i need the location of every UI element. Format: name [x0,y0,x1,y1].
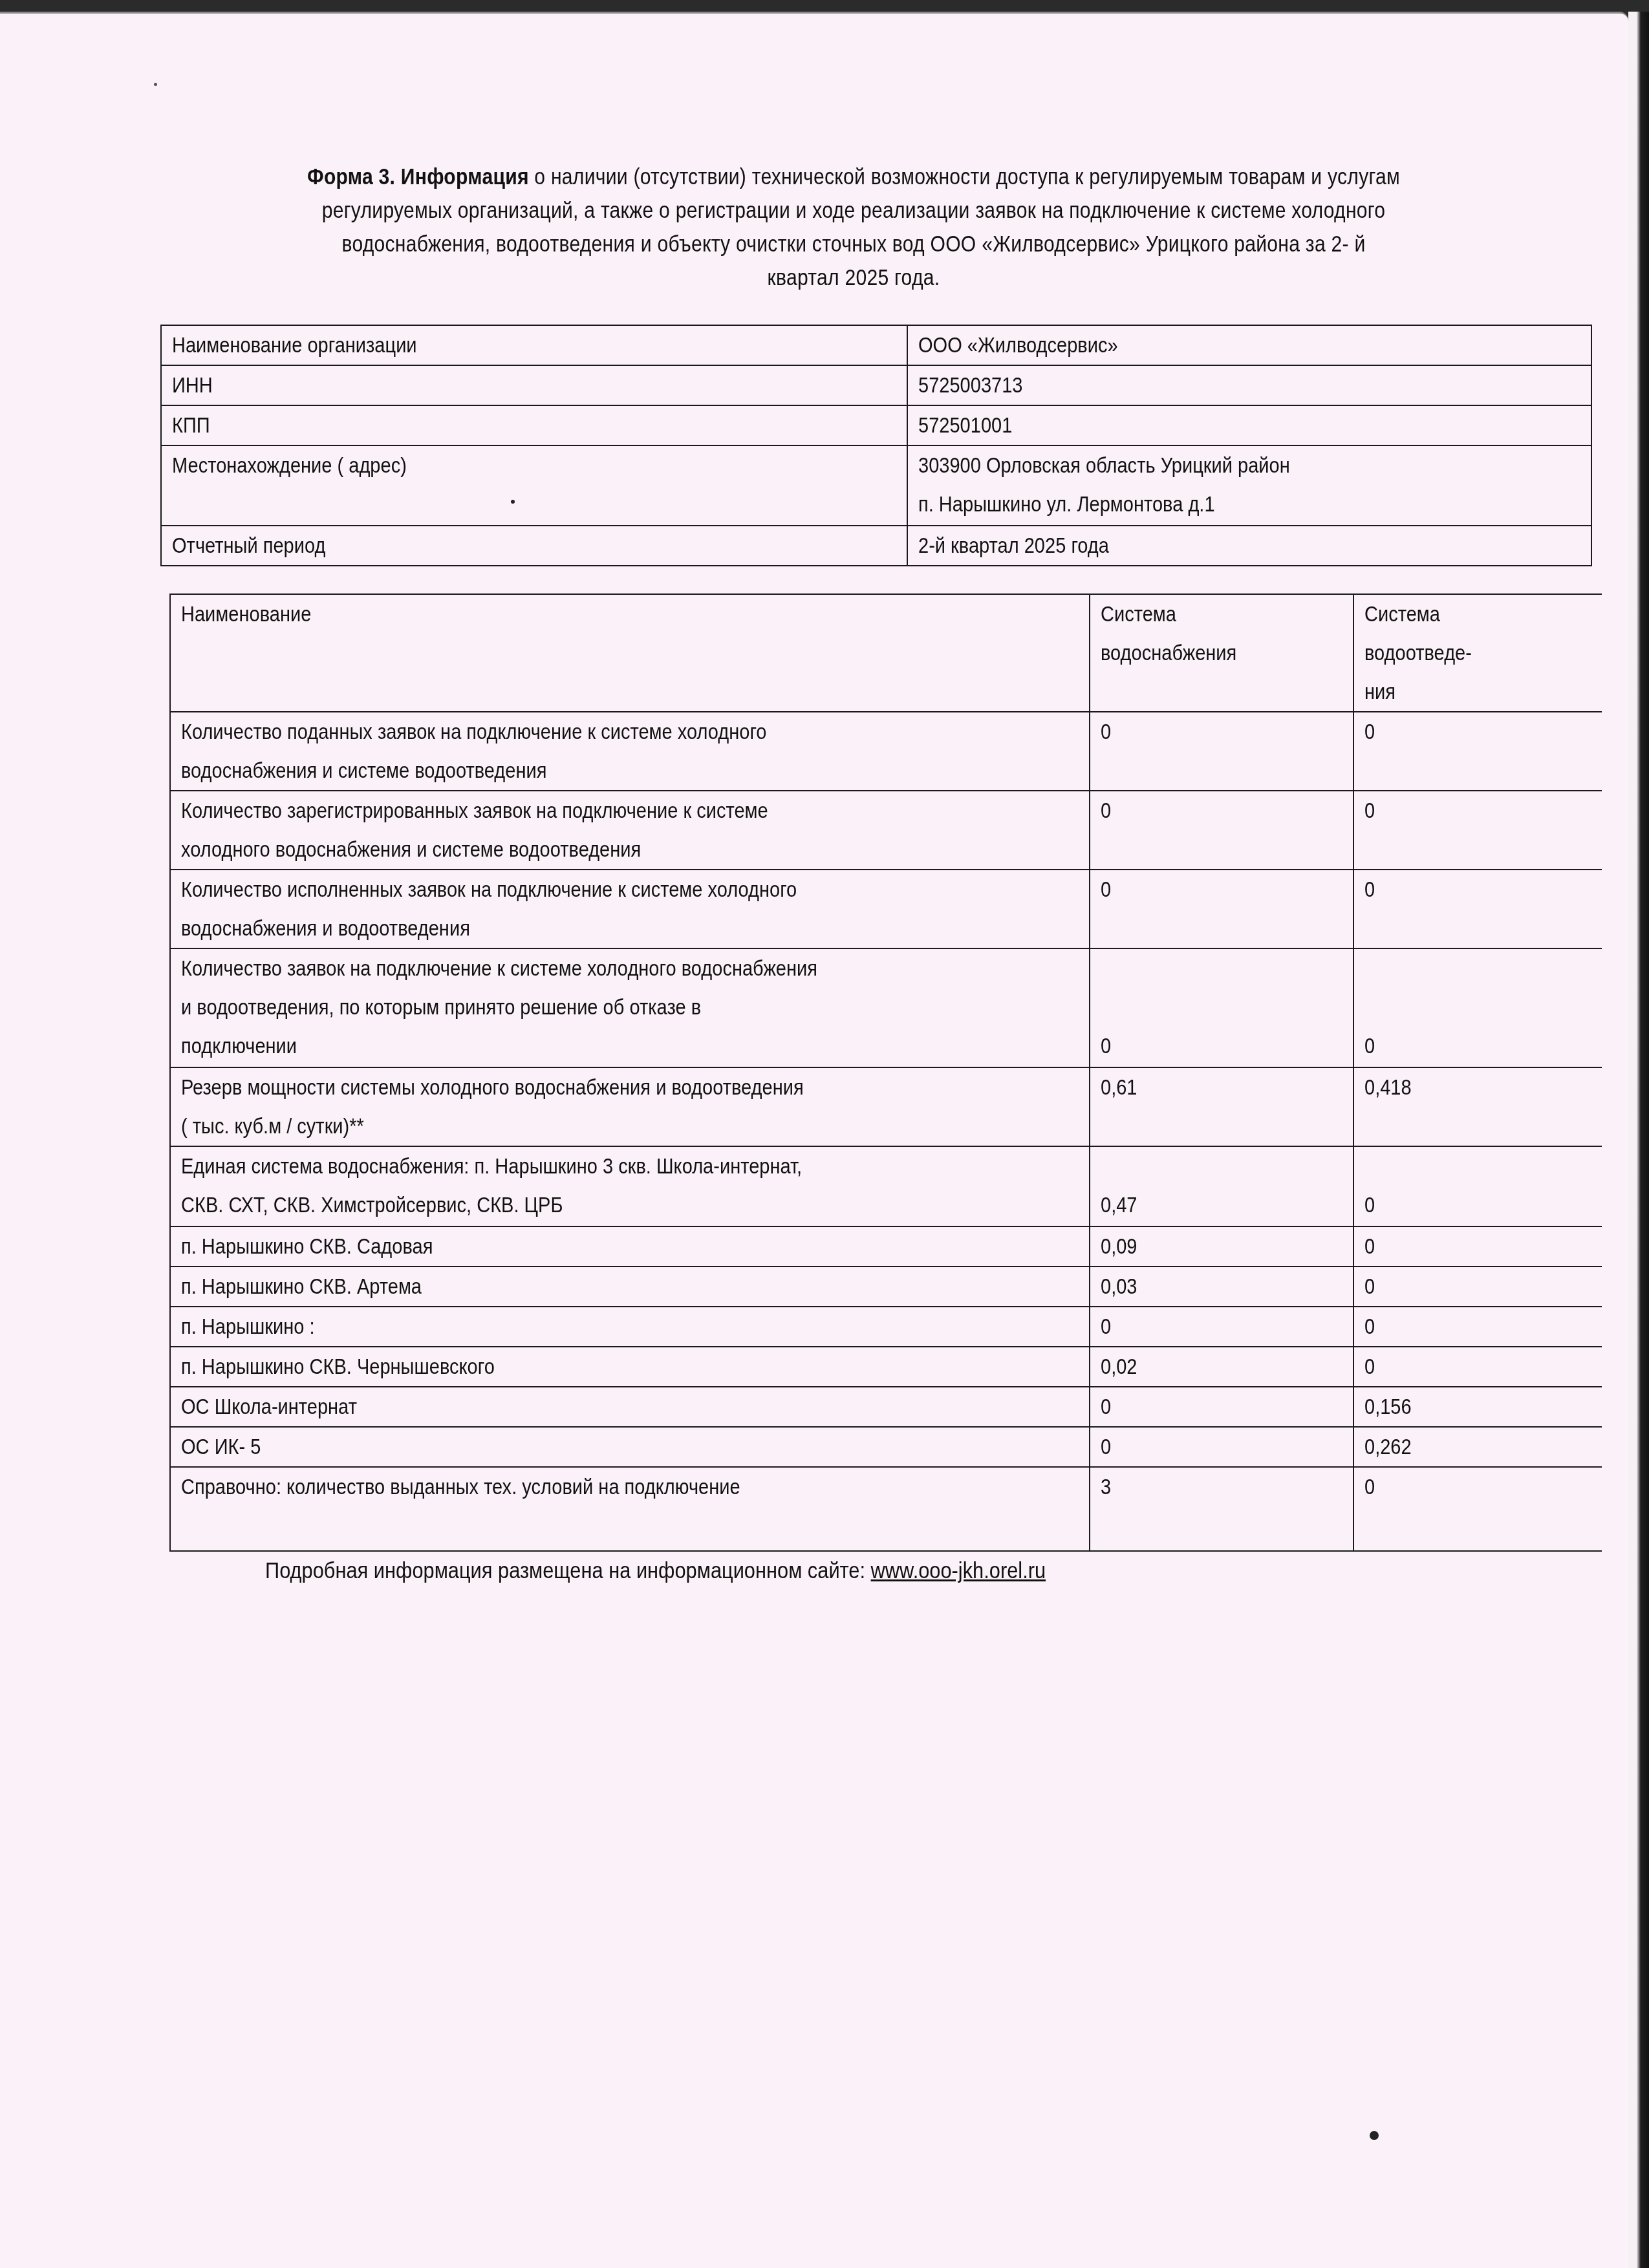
inn-value: 5725003713 [918,366,1023,405]
document-title: Форма 3. Информация о наличии (отсутстви… [303,160,1405,295]
table-row: Местонахождение ( адрес) 303900 Орловска… [161,445,1591,526]
header-wastewater-3: ния [1364,672,1396,711]
header-water-supply-2: водоснабжения [1101,634,1236,672]
table-row: Количество зарегистрированных заявок на … [170,791,1602,870]
row-name: и водоотведения, по которым принято реше… [181,988,701,1027]
table-row: Количество заявок на подключение к систе… [170,948,1602,1067]
table-row: Количество поданных заявок на подключени… [170,712,1602,791]
water-supply-value: 0,02 [1101,1347,1137,1386]
water-supply-value: 0 [1101,1307,1111,1346]
address-line-1: 303900 Орловская область Урицкий район [918,446,1290,485]
table-header-row: Наименование Система водоснабжения Систе… [170,594,1602,712]
inn-label: ИНН [172,366,213,405]
header-name: Наименование [181,595,311,634]
row-name: п. Нарышкино : [181,1307,315,1346]
water-supply-value: 0,09 [1101,1227,1137,1266]
row-name: Резерв мощности системы холодного водосн… [181,1068,804,1107]
scan-speck [511,500,515,504]
table-row: п. Нарышкино СКВ. Чернышевского0,020 [170,1347,1602,1387]
row-name: водоснабжения и системе водоотведения [181,751,546,790]
row-name: ОС Школа-интернат [181,1387,357,1426]
water-supply-value: 0,61 [1101,1068,1137,1107]
row-name: п. Нарышкино СКВ. Чернышевского [181,1347,495,1386]
water-supply-value: 0 [1101,1027,1111,1065]
wastewater-value: 0 [1364,1347,1375,1386]
table-row: Единая система водоснабжения: п. Нарышки… [170,1146,1602,1226]
row-name: холодного водоснабжения и системе водоот… [181,830,641,869]
organization-info-table: Наименование организации ООО «Жилводсерв… [160,325,1592,566]
water-supply-value: 0 [1101,870,1111,909]
wastewater-value: 0 [1364,1186,1375,1225]
header-water-supply-1: Система [1101,595,1176,634]
form-label: Форма 3. Информация [307,164,529,189]
kpp-label: КПП [172,406,210,445]
period-label: Отчетный период [172,526,325,565]
table-row: Количество исполненных заявок на подключ… [170,870,1602,948]
table-row: п. Нарышкино :00 [170,1307,1602,1347]
wastewater-value: 0,262 [1364,1428,1412,1466]
kpp-value: 572501001 [918,406,1012,445]
wastewater-value: 0 [1364,870,1375,909]
table-row: КПП 572501001 [161,405,1591,445]
wastewater-value: 0 [1364,1307,1375,1346]
period-value: 2-й квартал 2025 года [918,526,1109,565]
org-name-label: Наименование организации [172,326,417,365]
water-supply-value: 0,47 [1101,1186,1137,1225]
water-supply-value: 3 [1101,1468,1111,1506]
address-label: Местонахождение ( адрес) [172,446,407,485]
org-name-value: ООО «Жилводсервис» [918,326,1118,365]
header-wastewater-1: Система [1364,595,1440,634]
row-name: Количество исполненных заявок на подключ… [181,870,797,909]
table-row: ОС ИК- 500,262 [170,1427,1602,1467]
row-name: п. Нарышкино СКВ. Артема [181,1267,422,1306]
scan-edge [1628,12,1649,2268]
table-row: Справочно: количество выданных тех. усло… [170,1467,1602,1551]
wastewater-value: 0 [1364,712,1375,751]
wastewater-value: 0 [1364,791,1375,830]
footer-note: Подробная информация размещена на информ… [265,1558,1046,1584]
applications-table: Наименование Система водоснабжения Систе… [169,594,1602,1552]
row-name: Единая система водоснабжения: п. Нарышки… [181,1147,802,1186]
table-row: ОС Школа-интернат00,156 [170,1387,1602,1427]
water-supply-value: 0 [1101,712,1111,751]
water-supply-value: 0,03 [1101,1267,1137,1306]
row-name: Количество заявок на подключение к систе… [181,949,817,988]
wastewater-value: 0 [1364,1468,1375,1506]
footer-text: Подробная информация размещена на информ… [265,1558,871,1583]
water-supply-value: 0 [1101,1387,1111,1426]
water-supply-value: 0 [1101,791,1111,830]
address-line-2: п. Нарышкино ул. Лермонтова д.1 [918,485,1215,524]
row-name: водоснабжения и водоотведения [181,909,470,948]
row-name: подключении [181,1027,297,1065]
website-link[interactable]: www.ooo-jkh.orel.ru [871,1558,1046,1583]
row-name: СКВ. СХТ, СКВ. Химстройсервис, СКВ. ЦРБ [181,1186,563,1225]
table-row: ИНН 5725003713 [161,365,1591,405]
header-wastewater-2: водоотведе- [1364,634,1472,672]
table-row: Отчетный период 2-й квартал 2025 года [161,526,1591,566]
table-row: п. Нарышкино СКВ. Садовая0,090 [170,1226,1602,1267]
wastewater-value: 0,418 [1364,1068,1412,1107]
row-name: п. Нарышкино СКВ. Садовая [181,1227,433,1266]
wastewater-value: 0,156 [1364,1387,1412,1426]
row-name: ( тыс. куб.м / сутки)** [181,1107,364,1146]
wastewater-value: 0 [1364,1027,1375,1065]
scan-speck [154,83,157,86]
row-name: ОС ИК- 5 [181,1428,261,1466]
row-name: Количество зарегистрированных заявок на … [181,791,768,830]
water-supply-value: 0 [1101,1428,1111,1466]
wastewater-value: 0 [1364,1267,1375,1306]
row-name: Справочно: количество выданных тех. усло… [181,1468,740,1506]
wastewater-value: 0 [1364,1227,1375,1266]
table-row: Резерв мощности системы холодного водосн… [170,1067,1602,1146]
table-row: Наименование организации ООО «Жилводсерв… [161,325,1591,365]
table-row: п. Нарышкино СКВ. Артема0,030 [170,1267,1602,1307]
row-name: Количество поданных заявок на подключени… [181,712,766,751]
scan-speck [1370,2131,1379,2140]
